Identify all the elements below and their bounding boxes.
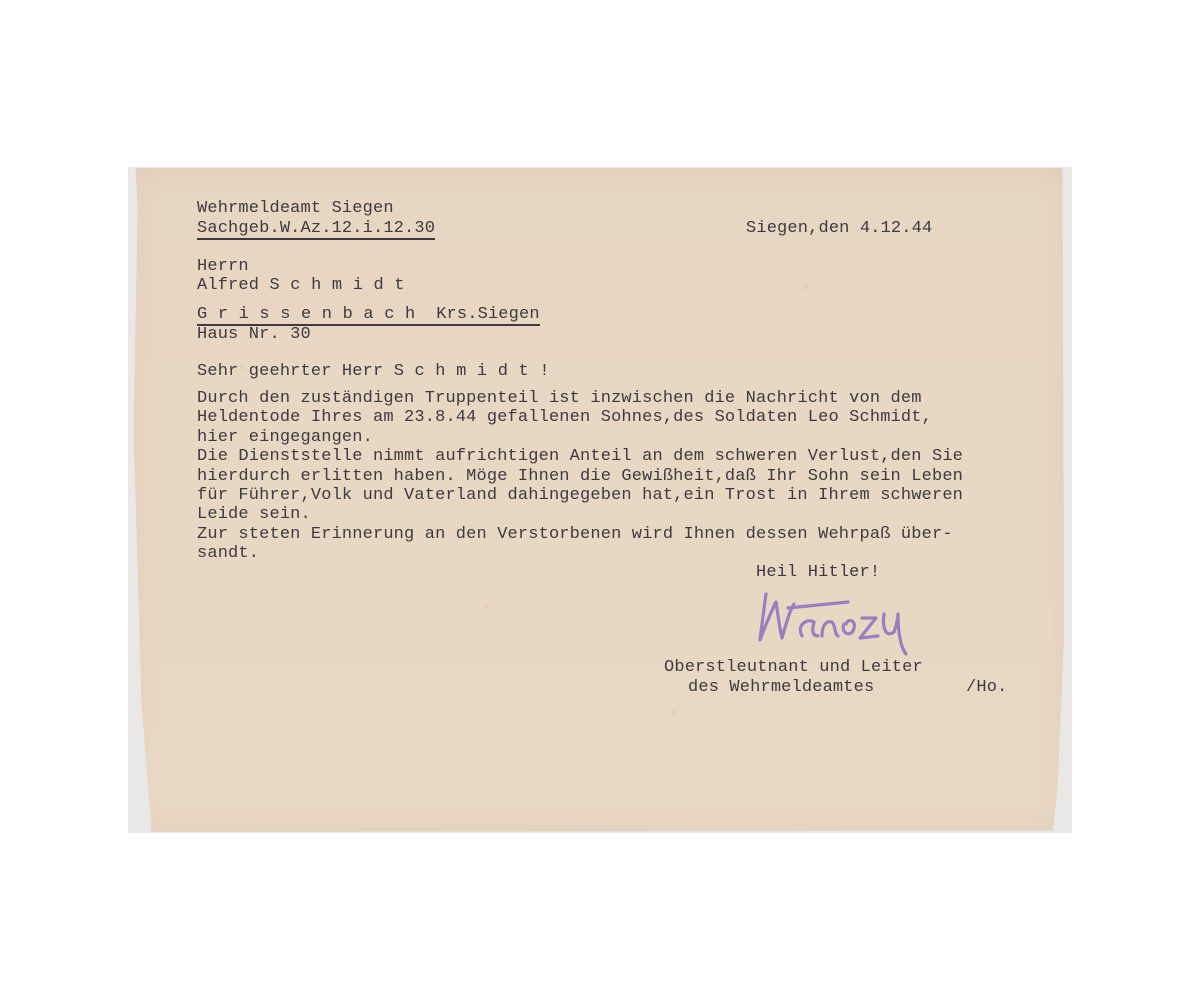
greeting: Sehr geehrter Herr Schmidt! xyxy=(197,362,550,381)
district-name: Krs.Siegen xyxy=(436,305,540,324)
handwritten-signature xyxy=(752,588,922,658)
body-line: Leide sein. xyxy=(197,505,963,524)
recipient-last-name: Schmidt xyxy=(269,276,415,295)
recipient-house-number: Haus Nr. 30 xyxy=(197,325,311,344)
body-line: Durch den zuständigen Truppenteil ist in… xyxy=(197,389,963,408)
recipient-salutation: Herrn xyxy=(197,257,249,276)
recipient-first-name: Alfred xyxy=(197,276,259,295)
body-line: hier eingegangen. xyxy=(197,428,963,447)
recipient-name: Alfred Schmidt xyxy=(197,276,415,295)
body-line: Die Dienststelle nimmt aufrichtigen Ante… xyxy=(197,447,963,466)
body-line: sandt. xyxy=(197,544,963,563)
letter-body: Durch den zuständigen Truppenteil ist in… xyxy=(197,389,963,564)
town-line: Grissenbach Krs.Siegen xyxy=(197,305,540,326)
reference-number: Sachgeb.W.Az.12.i.12.30 xyxy=(197,219,435,238)
body-line: für Führer,Volk und Vaterland dahingegeb… xyxy=(197,486,963,505)
greeting-suffix: ! xyxy=(539,362,549,381)
greeting-prefix: Sehr geehrter Herr xyxy=(197,362,394,381)
signatory-office: des Wehrmeldeamtes xyxy=(688,678,874,697)
recipient-town: Grissenbach Krs.Siegen xyxy=(197,305,540,324)
body-line: Zur steten Erinnerung an den Verstorbene… xyxy=(197,525,963,544)
reference-text: Sachgeb.W.Az.12.i.12.30 xyxy=(197,219,435,240)
signatory-title: Oberstleutnant und Leiter xyxy=(664,658,923,677)
body-line: hierdurch erlitten haben. Möge Ihnen die… xyxy=(197,467,963,486)
sender-office: Wehrmeldeamt Siegen xyxy=(197,199,394,218)
place-date: Siegen,den 4.12.44 xyxy=(746,219,932,238)
town-name: Grissenbach xyxy=(197,305,426,324)
closing: Heil Hitler! xyxy=(756,563,880,582)
greeting-name: Schmidt xyxy=(394,362,540,381)
body-line: Heldentode Ihres am 23.8.44 gefallenen S… xyxy=(197,408,963,427)
typist-initials: /Ho. xyxy=(966,678,1007,697)
